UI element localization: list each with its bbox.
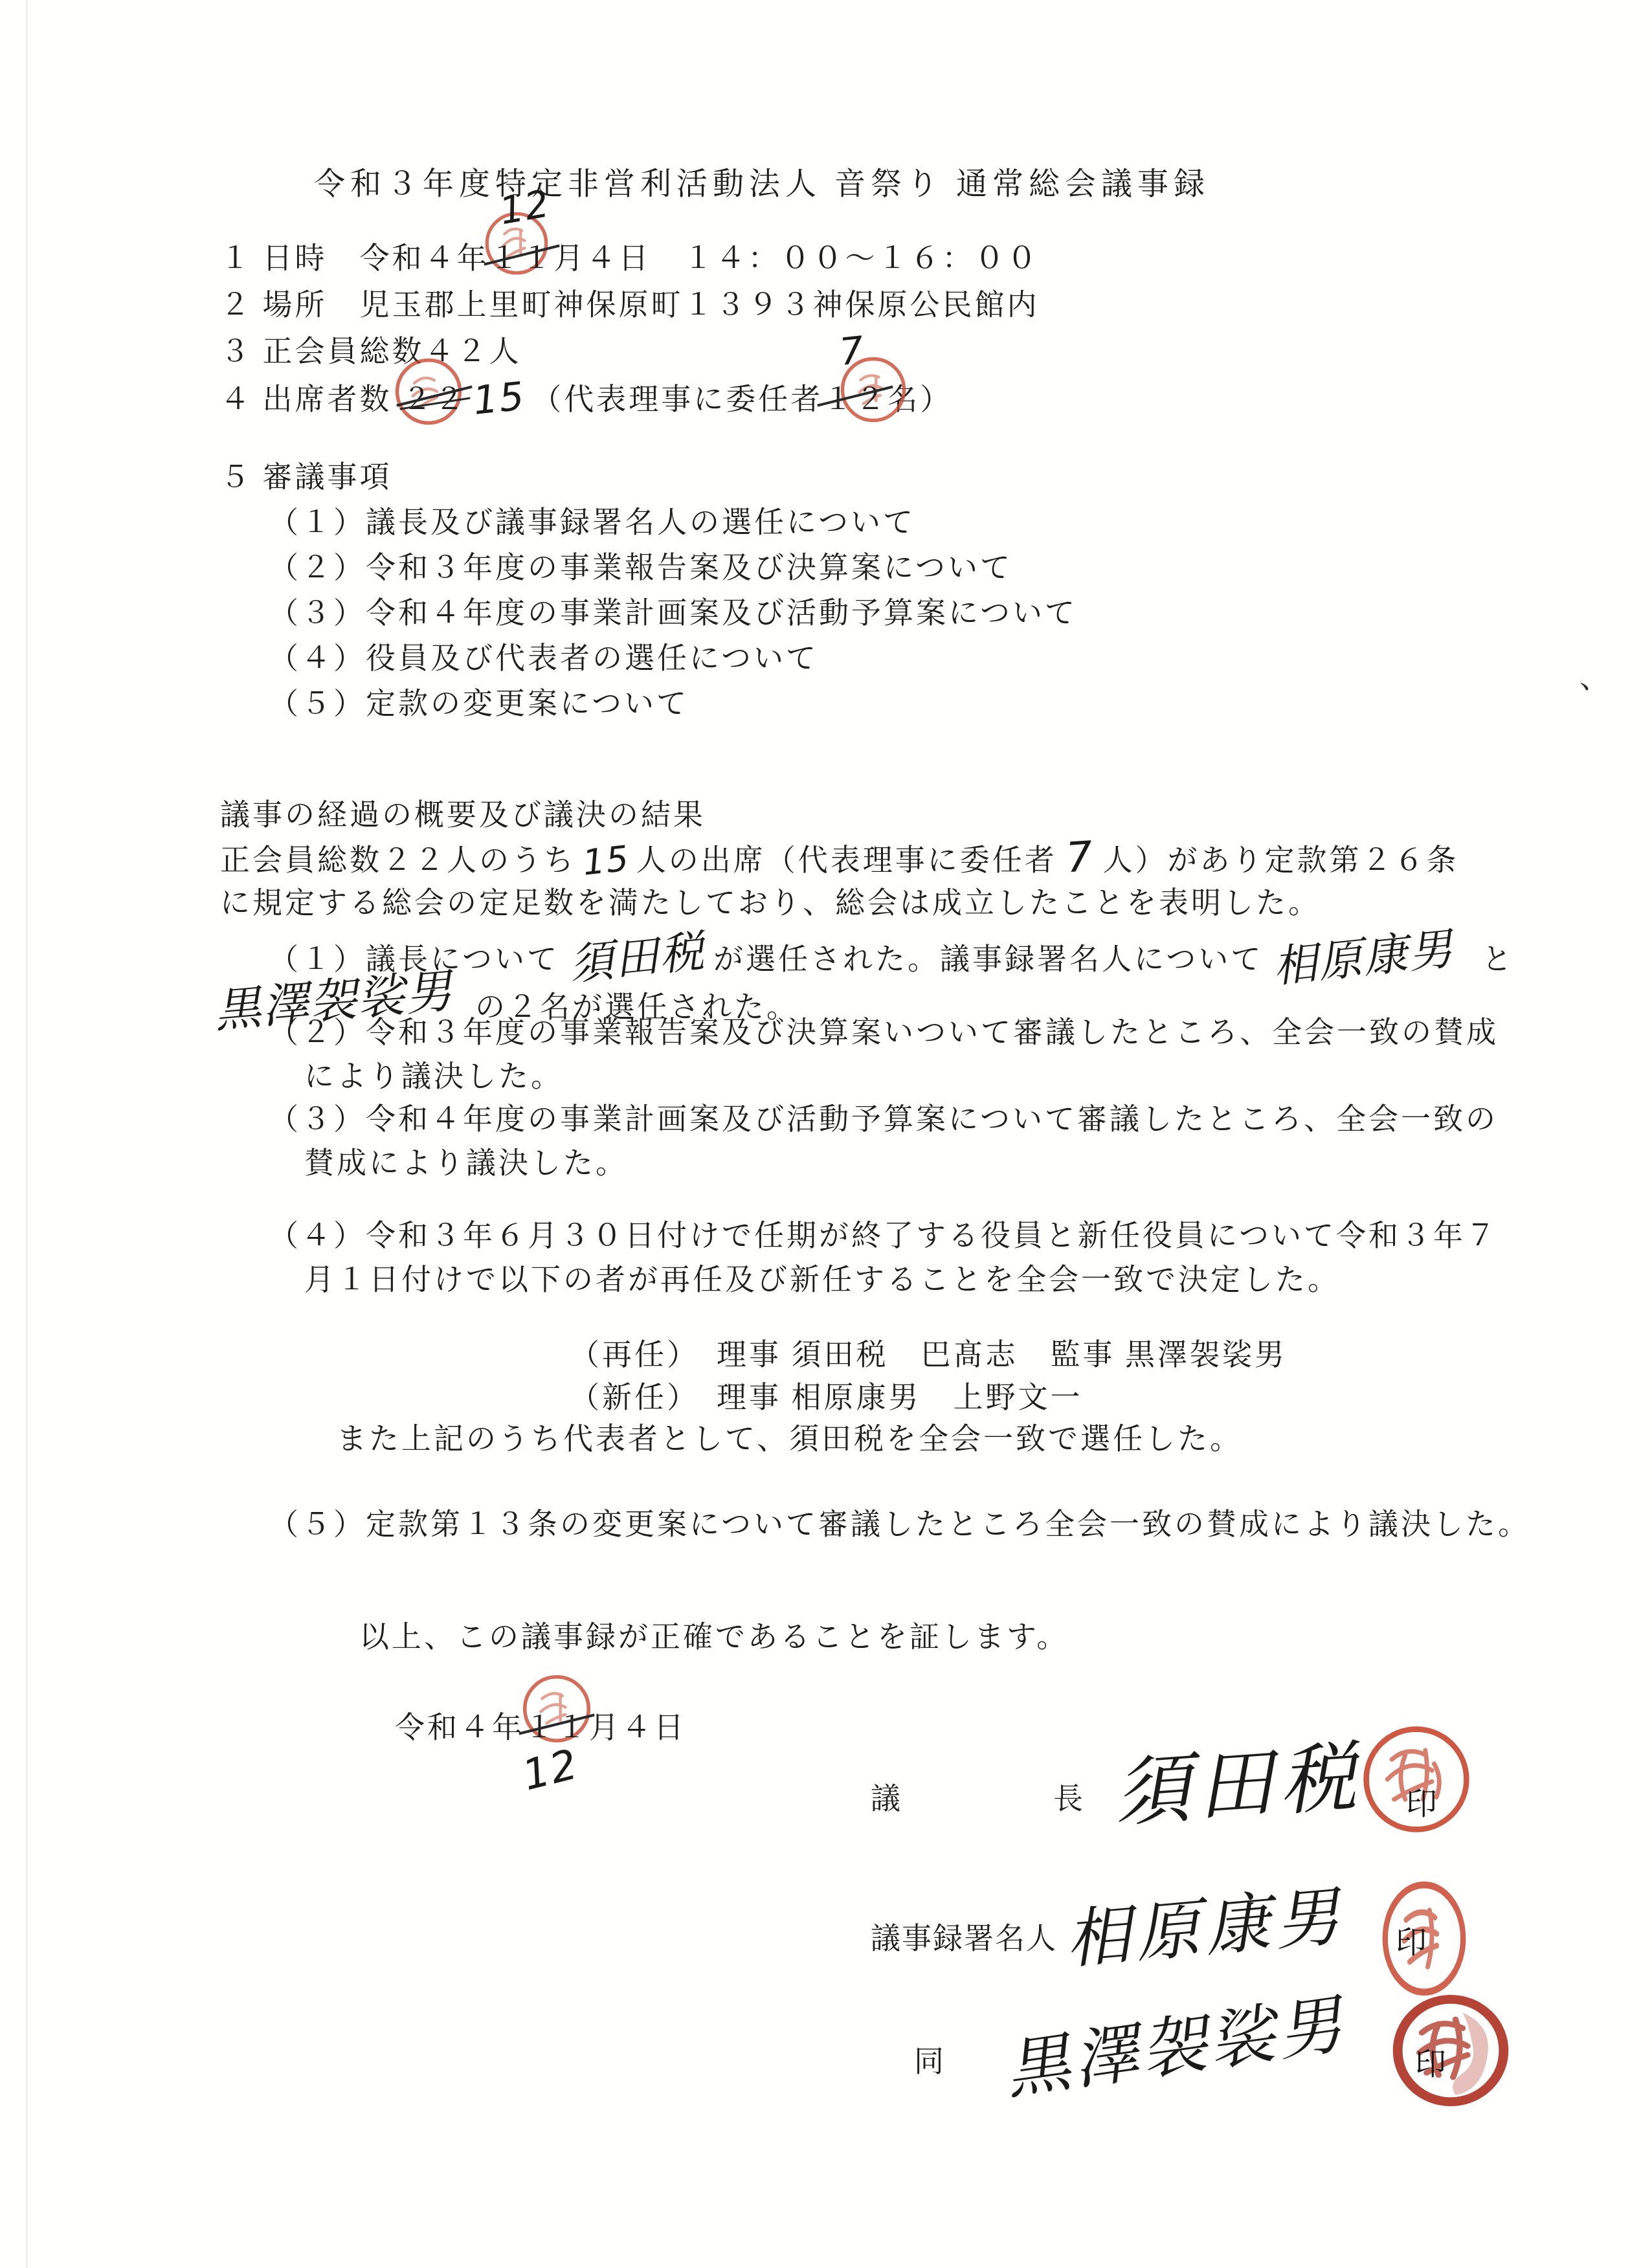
handwritten-attendance: 15: [581, 838, 632, 883]
resolution-3-line-2: 賛成により議決した。: [304, 1139, 628, 1182]
agenda-heading: ５ 審議事項: [220, 453, 392, 496]
datetime-prefix: １ 日時 令和４年: [220, 241, 489, 274]
page-title: 令和３年度特定非営利活動法人 音祭り 通常総会議事録: [314, 159, 1210, 203]
attendees-mid: （代表理事に委任者: [531, 383, 823, 416]
signer1-signature: 相原康男: [1065, 1876, 1345, 1969]
representative-selection: また上記のうち代表者として、須田税を全会一致で選任した。: [337, 1415, 1242, 1458]
info-line-place: ２ 場所 児玉郡上里町神保原町１３９３神保原公民館内: [220, 281, 1040, 324]
closing-date-correction-group: １１12: [524, 1704, 589, 1746]
handwritten-closing-month: 12: [518, 1740, 583, 1800]
agenda-item-2: （２）令和３年度の事業報告案及び決算案について: [269, 544, 1012, 586]
attendees-correction-group: ２２: [402, 375, 467, 418]
agenda-item-1: （１）議長及び議事録署名人の選任について: [269, 498, 915, 541]
handwritten-attendee-count: 15: [471, 373, 528, 424]
handwritten-proxy-count: 7: [838, 328, 867, 374]
resolution-2-line-1: （２）令和３年度の事業報告案及び決算案いついて審議したところ、全会一致の賛成: [269, 1008, 1499, 1051]
chair-role-label: 議 長: [871, 1775, 1084, 1818]
resolution-1-tail: と: [1482, 942, 1514, 975]
agenda-item-4: （４）役員及び代表者の選任について: [269, 634, 818, 677]
chair-role-label-right: 長: [1053, 1775, 1084, 1818]
struck-proxy-count: １２: [823, 375, 887, 418]
resolution-5: （５）定款第１３条の変更案について審議したところ全会一致の賛成により議決した。: [269, 1500, 1530, 1543]
date-correction-group: １１12: [489, 234, 554, 277]
closing-date-suffix: 月４日: [589, 1711, 686, 1744]
struck-closing-month: １１: [524, 1704, 589, 1746]
signer1-role-label: 議事録署名人: [871, 1915, 1057, 1957]
reappointed-officers: （再任） 理事 須田税 巴髙志 監事 黒澤袈裟男: [570, 1331, 1287, 1373]
newly-appointed-officers: （新任） 理事 相原康男 上野文一: [570, 1373, 1083, 1416]
proxy-correction-group: １２7: [823, 375, 887, 418]
signer2-role-label: 同: [914, 2038, 945, 2080]
closing-date-line: 令和４年１１12月４日: [395, 1704, 686, 1746]
agenda-item-5: （５）定款の変更案について: [269, 680, 689, 722]
attendees-prefix: ４ 出席者数: [220, 383, 402, 416]
document-page: 令和３年度特定非営利活動法人 音祭り 通常総会議事録 １ 日時 令和４年１１12…: [0, 0, 1652, 2268]
signer2-personal-seal-icon: [1390, 1995, 1511, 2106]
info-line-members: ３ 正会員総数４２人: [220, 328, 522, 370]
signer2-signature: 黒澤袈裟男: [1003, 1995, 1346, 2088]
info-line-attendees: ４ 出席者数 ２２15（代表理事に委任者１２7名）: [220, 375, 952, 421]
resolution-4-line-1: （４）令和３年６月３０日付けで任期が終了する役員と新任役員について令和３年７: [269, 1212, 1498, 1254]
handwritten-month: 12: [496, 181, 553, 233]
chair-role-label-left: 議: [871, 1775, 902, 1818]
info-line-datetime: １ 日時 令和４年１１12月４日 １４：００～１６：００: [220, 234, 1040, 277]
struck-month: １１: [489, 234, 554, 277]
quorum-suffix: 人）があり定款第２６条: [1102, 843, 1458, 876]
chair-signature: 須田税: [1113, 1723, 1362, 1833]
signer2-seal-mark: 印: [1415, 2039, 1446, 2084]
closing-statement: 以上、この議事録が正確であることを証します。: [359, 1613, 1069, 1656]
agenda-item-3: （３）令和４年度の事業計画案及び活動予算案について: [269, 589, 1077, 632]
quorum-line-2: に規定する総会の定足数を満たしており、総会は成立したことを表明した。: [220, 879, 1321, 922]
scanner-edge-artifact: [26, 0, 27, 2268]
struck-attendee-count: ２２: [402, 375, 467, 418]
quorum-line-1: 正会員総数２２人のうち15人の出席（代表理事に委任者7人）があり定款第２６条: [220, 834, 1458, 882]
stray-ink-mark: 、: [1579, 654, 1609, 696]
results-heading: 議事の経過の概要及び議決の結果: [220, 791, 706, 834]
quorum-prefix: 正会員総数２２人のうち: [220, 843, 576, 876]
handwritten-proxies: 7: [1064, 833, 1095, 883]
quorum-mid: 人の出席（代表理事に委任者: [636, 843, 1057, 876]
datetime-suffix: 月４日 １４：００～１６：００: [554, 241, 1040, 274]
chair-seal-mark: 印: [1406, 1779, 1437, 1823]
resolution-4-line-2: 月１日付けで以下の者が再任及び新任することを全会一致で決定した。: [304, 1256, 1340, 1298]
signer1-seal-mark: 印: [1396, 1917, 1427, 1962]
closing-date-prefix: 令和４年: [395, 1711, 524, 1744]
handwritten-signer1-name: 相原康男: [1270, 914, 1457, 995]
resolution-3-line-1: （３）令和４年度の事業計画案及び活動予算案について審議したところ、全会一致の: [269, 1095, 1498, 1138]
resolution-2-line-2: により議決した。: [304, 1052, 563, 1095]
